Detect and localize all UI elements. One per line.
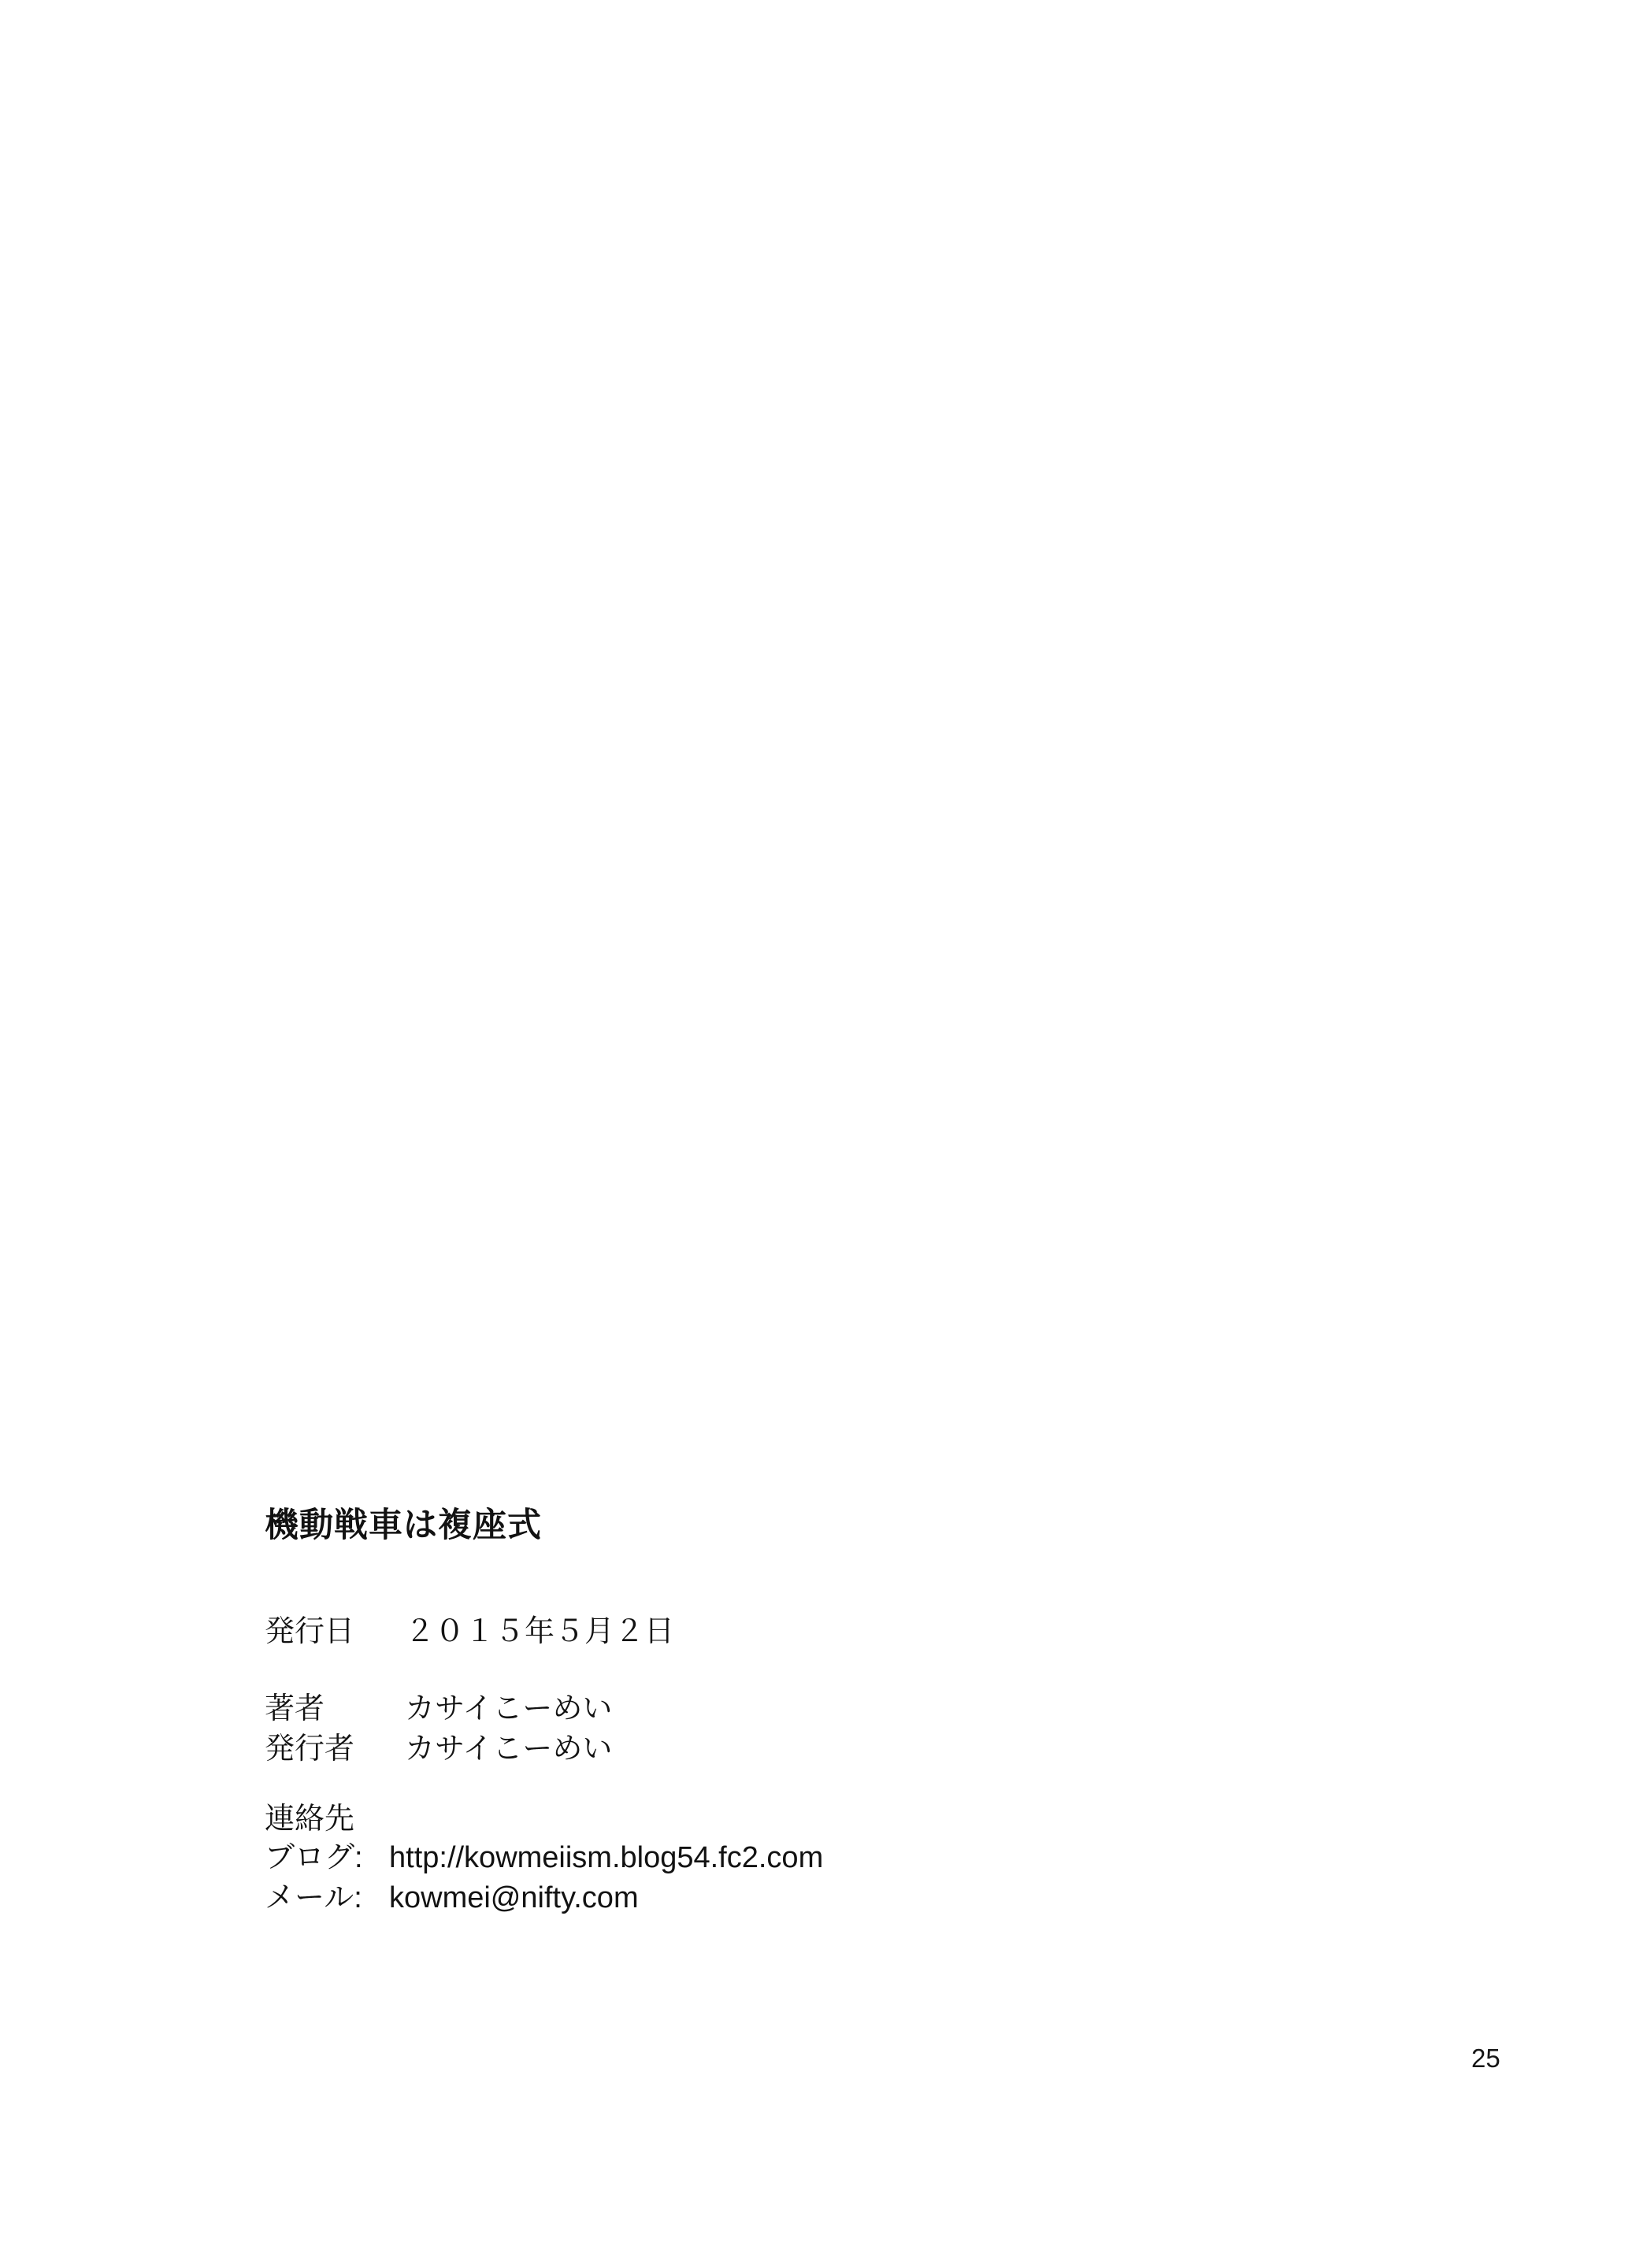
publish-date-row: 発行日 ２０１５年５月２日 xyxy=(265,1614,674,1650)
contact-heading: 連絡先 xyxy=(265,1801,354,1837)
publisher-value: カサイこーめい xyxy=(405,1731,612,1767)
publisher-label: 発行者 xyxy=(265,1731,405,1767)
author-row: 著者 カサイこーめい xyxy=(265,1691,612,1727)
publish-date-label: 発行日 xyxy=(265,1614,405,1650)
blog-label: ブログ: xyxy=(265,1840,389,1876)
scanned-colophon-page: { "page": { "background": "#ffffff", "te… xyxy=(0,0,1632,2268)
book-title: 機動戦車は複座式 xyxy=(265,1499,542,1547)
email-row: メール: kowmei@nifty.com xyxy=(265,1880,639,1916)
email-address: kowmei@nifty.com xyxy=(389,1880,639,1916)
author-value: カサイこーめい xyxy=(405,1691,612,1727)
author-label: 著者 xyxy=(265,1691,405,1727)
page-number: 25 xyxy=(1471,2044,1500,2073)
blog-url: http://kowmeiism.blog54.fc2.com xyxy=(389,1840,823,1876)
email-label: メール: xyxy=(265,1880,389,1916)
publish-date-value: ２０１５年５月２日 xyxy=(405,1614,674,1650)
publisher-row: 発行者 カサイこーめい xyxy=(265,1731,612,1767)
blog-row: ブログ: http://kowmeiism.blog54.fc2.com xyxy=(265,1840,823,1876)
